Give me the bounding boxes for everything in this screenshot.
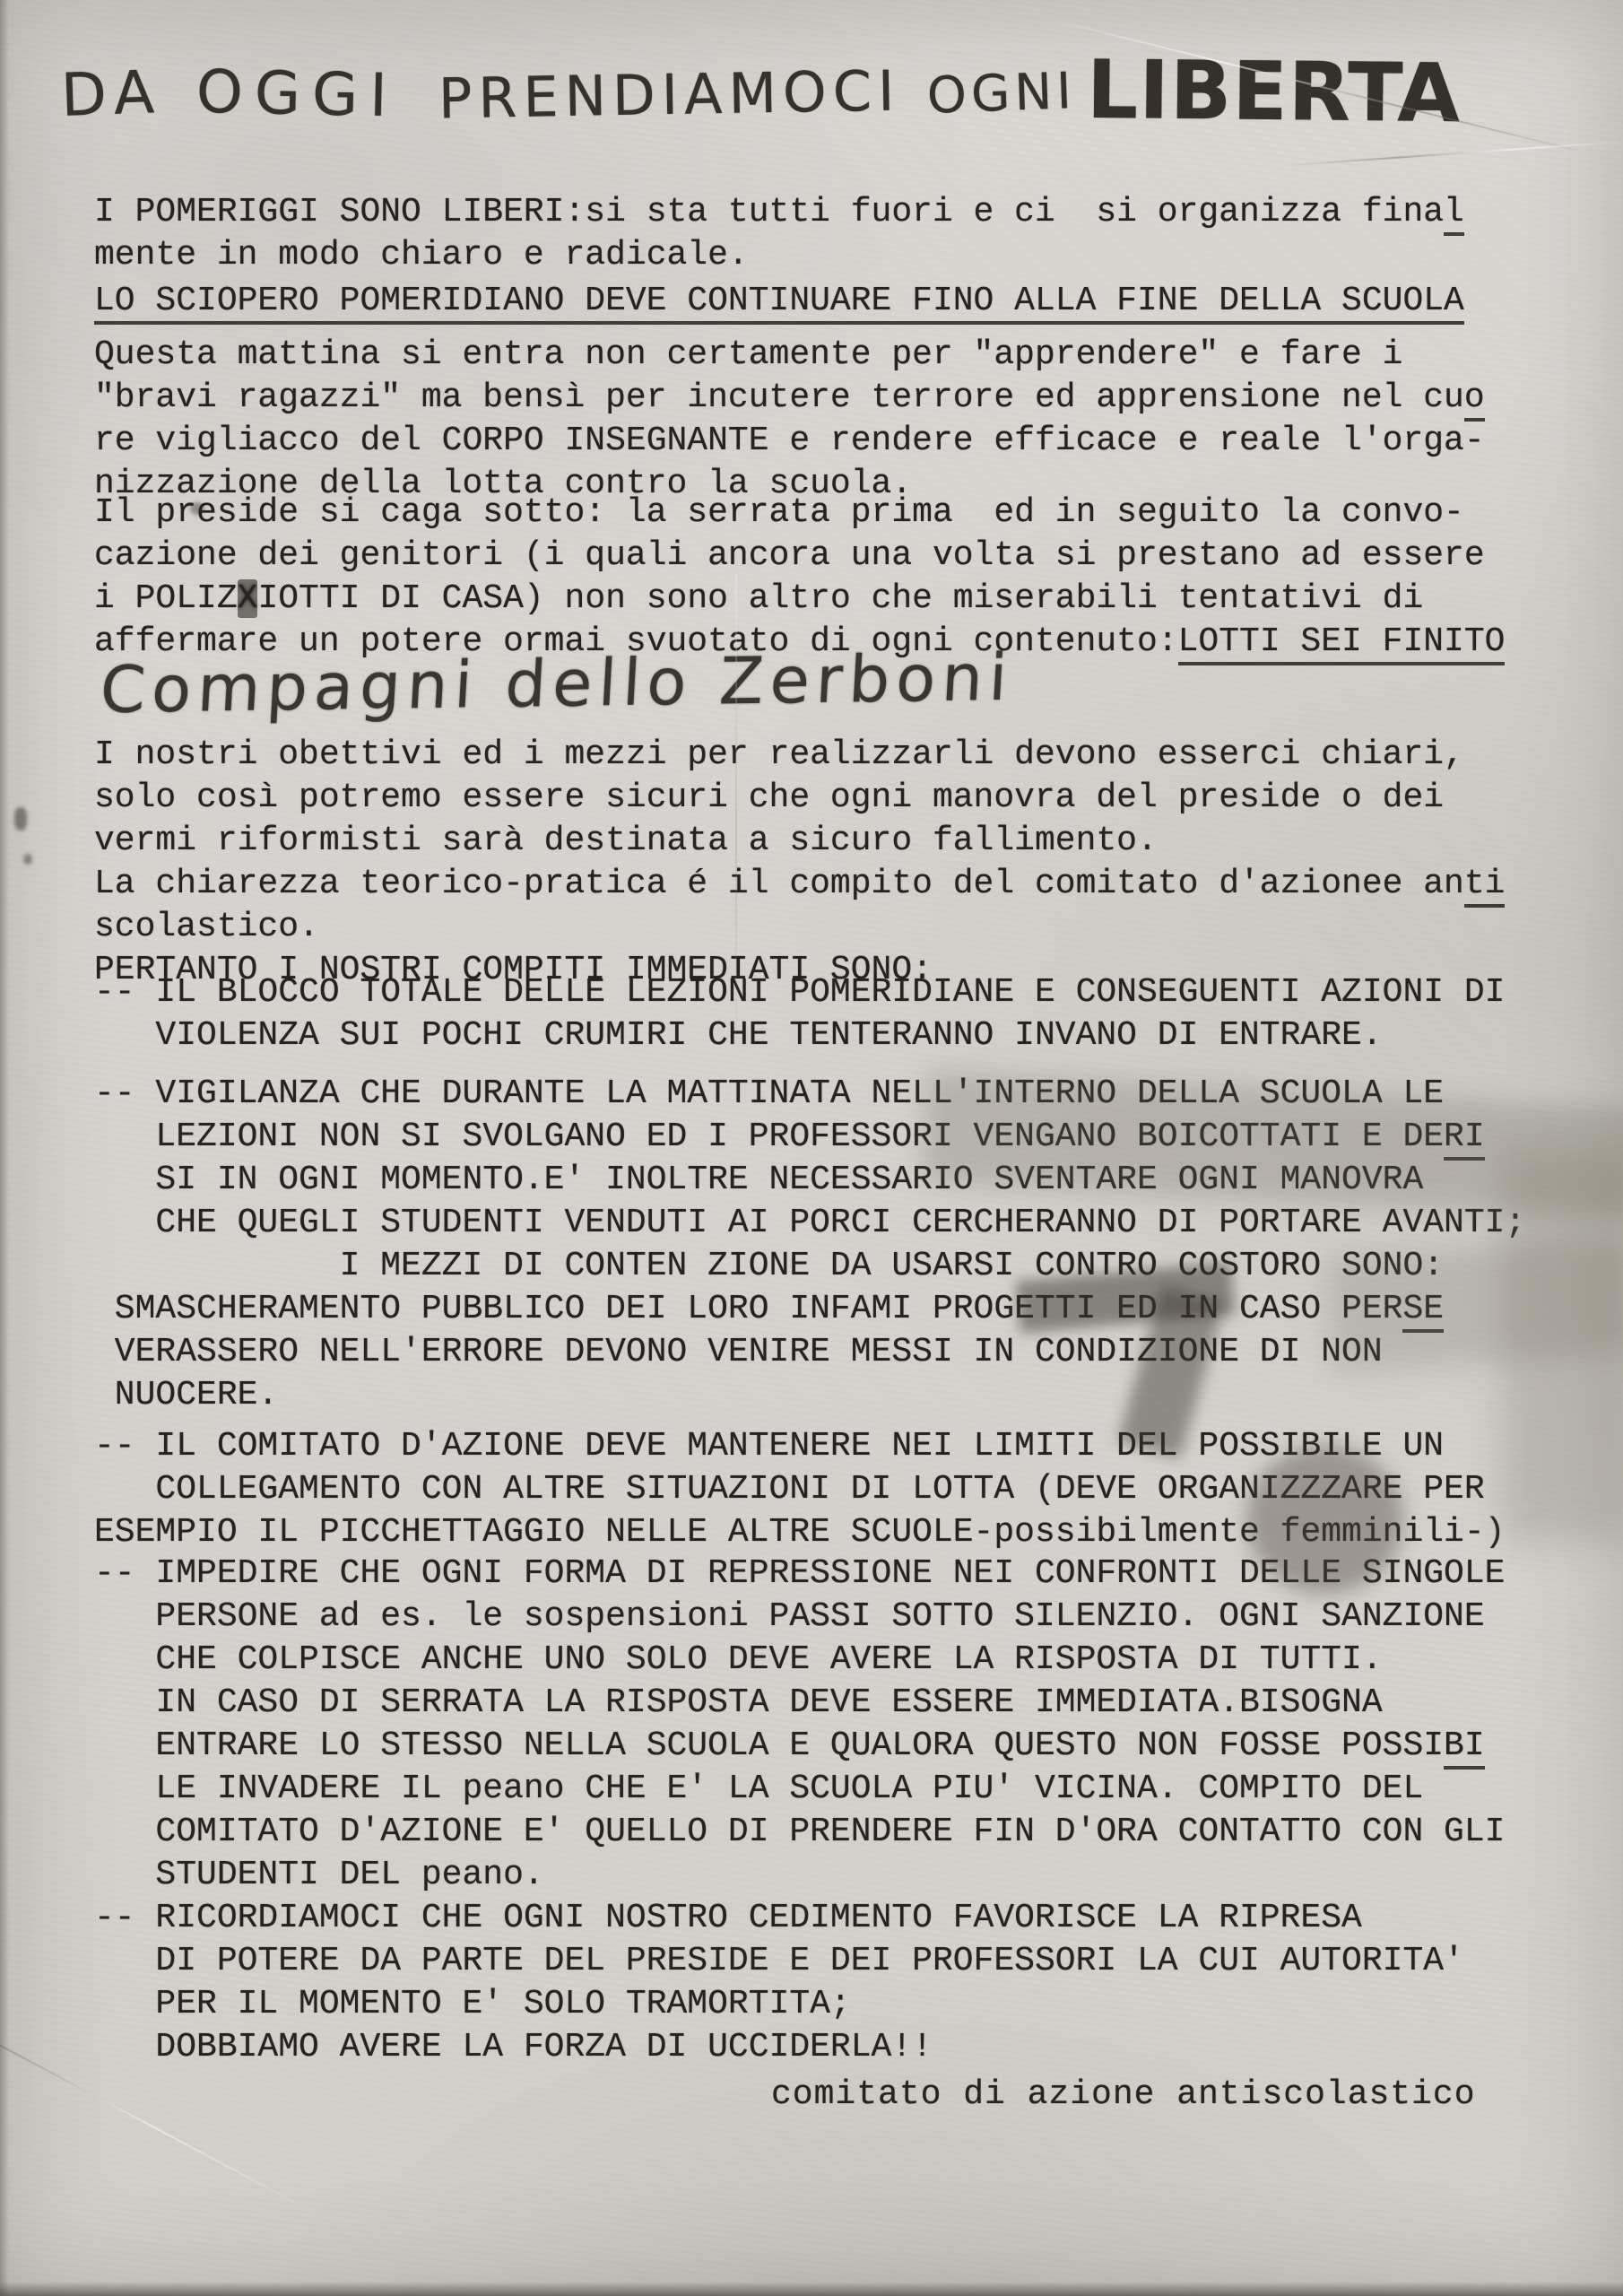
text-line: La chiarezza teorico-pratica é il compit… bbox=[94, 863, 1505, 906]
paper-edge-shadow bbox=[0, 0, 9, 2296]
ink-speck bbox=[14, 807, 27, 831]
text-line: DOBBIAMO AVERE LA FORZA DI UCCIDERLA!! bbox=[94, 2026, 1464, 2069]
text-line: SMASCHERAMENTO PUBBLICO DEI LORO INFAMI … bbox=[94, 1288, 1525, 1331]
text-line: -- IL BLOCCO TOTALE DELLE LEZIONI POMERI… bbox=[94, 971, 1505, 1014]
text-line: vermi riformisti sarà destinata a sicuro… bbox=[94, 820, 1505, 863]
text-line: CHE QUEGLI STUDENTI VENDUTI AI PORCI CER… bbox=[94, 1202, 1525, 1245]
text-line: PERSONE ad es. le sospensioni PASSI SOTT… bbox=[94, 1596, 1505, 1639]
text-line: mente in modo chiaro e radicale. bbox=[94, 234, 1464, 277]
headline-word: OGNI bbox=[926, 62, 1077, 126]
text-line: -- VIGILANZA CHE DURANTE LA MATTINATA NE… bbox=[94, 1073, 1525, 1116]
text-line: cazione dei genitori (i quali ancora una… bbox=[94, 535, 1505, 578]
headline-word: DA bbox=[60, 57, 163, 130]
text-line: -- RICORDIAMOCI CHE OGNI NOSTRO CEDIMENT… bbox=[94, 1897, 1464, 1940]
text-line: Il preside si caga sotto: la serrata pri… bbox=[94, 491, 1505, 535]
bullet-impedire: -- IMPEDIRE CHE OGNI FORMA DI REPRESSION… bbox=[94, 1552, 1505, 1897]
text-line: SI IN OGNI MOMENTO.E' INOLTRE NECESSARIO… bbox=[94, 1159, 1525, 1202]
text-line: re vigliacco del CORPO INSEGNANTE e rend… bbox=[94, 420, 1485, 463]
text-line: CHE COLPISCE ANCHE UNO SOLO DEVE AVERE L… bbox=[94, 1639, 1505, 1682]
bullet-collegamento: -- IL COMITATO D'AZIONE DEVE MANTENERE N… bbox=[94, 1425, 1505, 1554]
text-line: solo così potremo essere sicuri che ogni… bbox=[94, 777, 1505, 820]
text-line: NUOCERE. bbox=[94, 1374, 1525, 1417]
paragraph-mattina: Questa mattina si entra non certamente p… bbox=[94, 334, 1485, 506]
headline-handwritten: DAOGGIPRENDIAMOCIOGNILIBERTA bbox=[61, 39, 1461, 134]
paper-crease bbox=[1282, 140, 1623, 166]
ink-speck bbox=[23, 854, 32, 865]
text-line: LE INVADERE IL peano CHE E' LA SCUOLA PI… bbox=[94, 1768, 1505, 1811]
text-line: -- IMPEDIRE CHE OGNI FORMA DI REPRESSION… bbox=[94, 1552, 1505, 1596]
text-line: LO SCIOPERO POMERIDIANO DEVE CONTINUARE … bbox=[94, 280, 1464, 323]
text-line: scolastico. bbox=[94, 906, 1505, 949]
text-line: I MEZZI DI CONTEN ZIONE DA USARSI CONTRO… bbox=[94, 1245, 1525, 1288]
text-line: I nostri obettivi ed i mezzi per realizz… bbox=[94, 734, 1505, 777]
text-line: -- IL COMITATO D'AZIONE DEVE MANTENERE N… bbox=[94, 1425, 1505, 1468]
paragraph-preside: Il preside si caga sotto: la serrata pri… bbox=[94, 491, 1505, 664]
text-line: COMITATO D'AZIONE E' QUELLO DI PRENDERE … bbox=[94, 1811, 1505, 1854]
bullet-blocco: -- IL BLOCCO TOTALE DELLE LEZIONI POMERI… bbox=[94, 971, 1505, 1057]
headline-word: LIBERTA bbox=[1086, 43, 1461, 141]
headline-word: OGGI bbox=[195, 57, 399, 131]
paragraph-pomeriggi: I POMERIGGI SONO LIBERI:si sta tutti fuo… bbox=[94, 191, 1464, 277]
headline-word: PRENDIAMOCI bbox=[438, 58, 901, 132]
slogan-sciopero: LO SCIOPERO POMERIDIANO DEVE CONTINUARE … bbox=[94, 280, 1464, 323]
text-line: i POLIZXIOTTI DI CASA) non sono altro ch… bbox=[94, 578, 1505, 621]
text-line: VIOLENZA SUI POCHI CRUMIRI CHE TENTERANN… bbox=[94, 1014, 1505, 1057]
text-line: IN CASO DI SERRATA LA RISPOSTA DEVE ESSE… bbox=[94, 1682, 1505, 1725]
text-line: PER IL MOMENTO E' SOLO TRAMORTITA; bbox=[94, 1983, 1464, 2026]
paper-edge-shadow bbox=[0, 2282, 1623, 2296]
bullet-ricordiamoci: -- RICORDIAMOCI CHE OGNI NOSTRO CEDIMENT… bbox=[94, 1897, 1464, 2069]
text-line: DI POTERE DA PARTE DEL PRESIDE E DEI PRO… bbox=[94, 1940, 1464, 1983]
text-line: LEZIONI NON SI SVOLGANO ED I PROFESSORI … bbox=[94, 1116, 1525, 1159]
document-sheet: DAOGGIPRENDIAMOCIOGNILIBERTA I POMERIGGI… bbox=[0, 0, 1623, 2296]
signature: comitato di azione antiscolastico bbox=[771, 2074, 1476, 2117]
text-line: STUDENTI DEL peano. bbox=[94, 1854, 1505, 1897]
text-line: COLLEGAMENTO CON ALTRE SITUAZIONI DI LOT… bbox=[94, 1468, 1505, 1511]
subheading-zerboni: Compagni dello Zerboni bbox=[99, 639, 1016, 727]
text-line: ESEMPIO IL PICCHETTAGGIO NELLE ALTRE SCU… bbox=[94, 1511, 1505, 1554]
text-line: ENTRARE LO STESSO NELLA SCUOLA E QUALORA… bbox=[94, 1725, 1505, 1768]
text-line: Questa mattina si entra non certamente p… bbox=[94, 334, 1485, 377]
paragraph-obiettivi: I nostri obettivi ed i mezzi per realizz… bbox=[94, 734, 1505, 992]
text-line: I POMERIGGI SONO LIBERI:si sta tutti fuo… bbox=[94, 191, 1464, 234]
text-line: "bravi ragazzi" ma bensì per incutere te… bbox=[94, 377, 1485, 420]
text-line: VERASSERO NELL'ERRORE DEVONO VENIRE MESS… bbox=[94, 1331, 1525, 1374]
bullet-vigilanza: -- VIGILANZA CHE DURANTE LA MATTINATA NE… bbox=[94, 1073, 1525, 1417]
